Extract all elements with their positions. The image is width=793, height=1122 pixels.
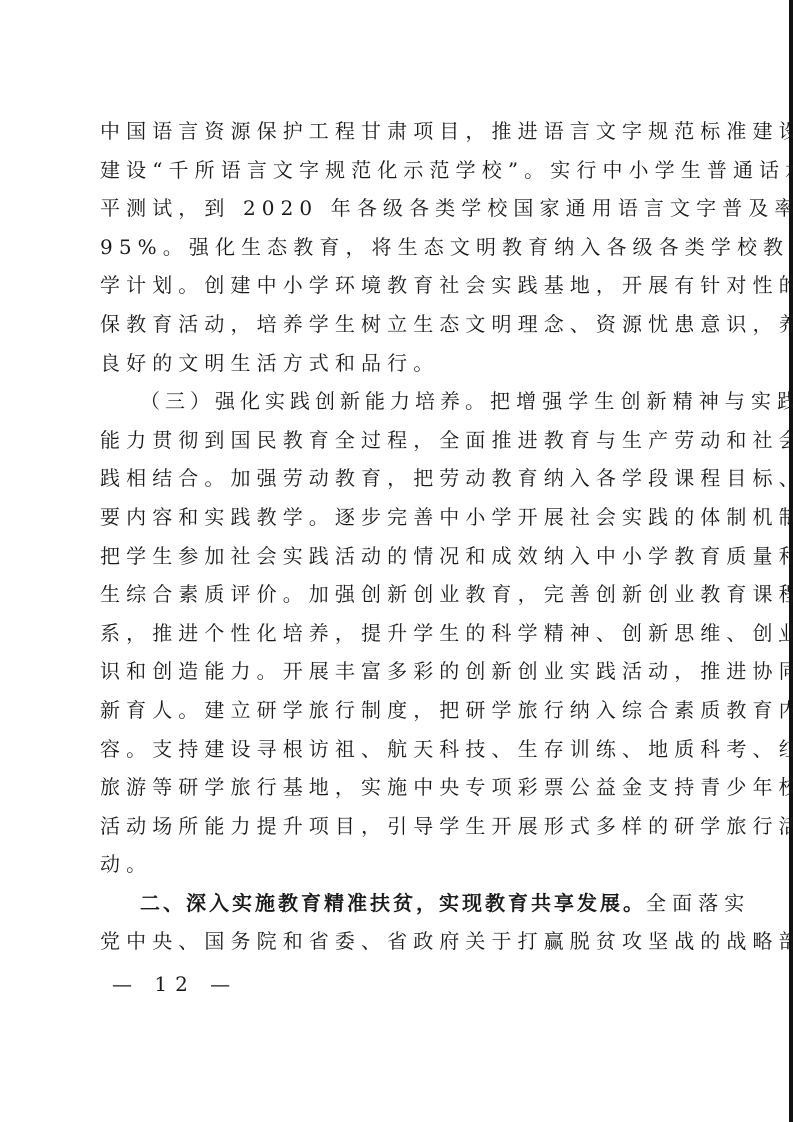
- paragraph-line: 容。支持建设寻根访祖、航天科技、生存训练、地质科考、红色: [100, 730, 690, 769]
- paragraph-line: 生综合素质评价。加强创新创业教育，完善创新创业教育课程体: [100, 575, 690, 614]
- paragraph-line: 系，推进个性化培养，提升学生的科学精神、创新思维、创业意: [100, 614, 690, 653]
- section-2-heading: 二、深入实施教育精准扶贫，实现教育共享发展。: [140, 891, 646, 915]
- paragraph-line: 要内容和实践教学。逐步完善中小学开展社会实践的体制机制，: [100, 498, 690, 537]
- paragraph-line: 保教育活动，培养学生树立生态文明理念、资源忧患意识，养成: [100, 305, 690, 344]
- paragraph-line: 动。: [100, 845, 690, 884]
- paragraph-line: 活动场所能力提升项目，引导学生开展形式多样的研学旅行活: [100, 807, 690, 846]
- paragraph-line: 旅游等研学旅行基地，实施中央专项彩票公益金支持青少年校外: [100, 768, 690, 807]
- section-3-text: 把增强学生创新精神与实践: [490, 389, 793, 413]
- page-number: — 12 —: [112, 972, 238, 996]
- paragraph-line: 能力贯彻到国民教育全过程，全面推进教育与生产劳动和社会实: [100, 421, 690, 460]
- paragraph-line: 识和创造能力。开展丰富多彩的创新创业实践活动，推进协同创: [100, 652, 690, 691]
- section-3-heading: （三）强化实践创新能力培养。: [140, 389, 490, 413]
- paragraph-line: 践相结合。加强劳动教育，把劳动教育纳入各学段课程目标、主: [100, 459, 690, 498]
- paragraph-line: 良好的文明生活方式和品行。: [100, 344, 690, 383]
- paragraph-line: 新育人。建立研学旅行制度，把研学旅行纳入综合素质教育内: [100, 691, 690, 730]
- paragraph-line: 平测试，到 2020 年各级各类学校国家通用语言文字普及率达到: [100, 189, 690, 228]
- paragraph-line: 党中央、国务院和省委、省政府关于打赢脱贫攻坚战的战略部: [100, 922, 690, 961]
- section-2-text: 全面落实: [646, 891, 750, 915]
- section-2-first-line: 二、深入实施教育精准扶贫，实现教育共享发展。全面落实: [100, 884, 690, 923]
- document-body: 中国语言资源保护工程甘肃项目，推进语言文字规范标准建设， 建设“千所语言文字规范…: [100, 112, 690, 961]
- paragraph-line: 中国语言资源保护工程甘肃项目，推进语言文字规范标准建设，: [100, 112, 690, 151]
- paragraph-line: 建设“千所语言文字规范化示范学校”。实行中小学生普通话水: [100, 151, 690, 190]
- paragraph-line: 95%。强化生态教育，将生态文明教育纳入各级各类学校教育教: [100, 228, 690, 267]
- paragraph-line: 把学生参加社会实践活动的情况和成效纳入中小学教育质量和学: [100, 537, 690, 576]
- paragraph-line: 学计划。创建中小学环境教育社会实践基地，开展有针对性的环: [100, 266, 690, 305]
- section-3-first-line: （三）强化实践创新能力培养。把增强学生创新精神与实践: [100, 382, 690, 421]
